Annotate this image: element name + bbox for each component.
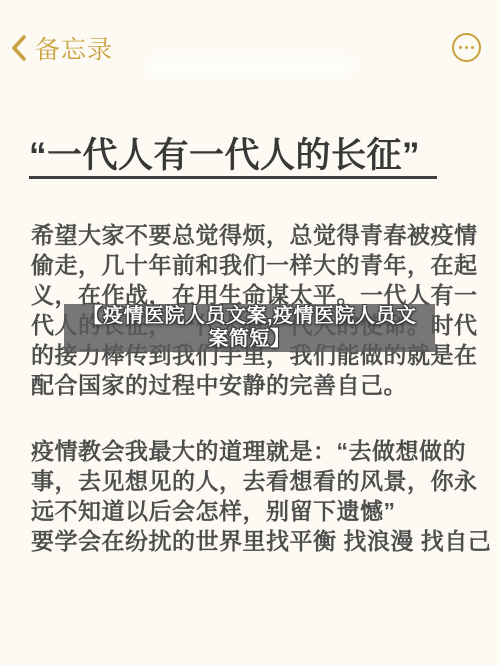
caption-line-2: 案简短】 xyxy=(209,328,291,351)
nav-bar: 备忘录 xyxy=(0,0,500,78)
notes-app-screen: 备忘录 “一代人有一代人的长征” 希望大家不要总觉得烦，总觉得青春被疫情 偷走，… xyxy=(0,0,500,666)
body-line: 要学会在纷扰的世界里找平衡 找浪漫 找自己 xyxy=(31,526,480,556)
back-label: 备忘录 xyxy=(35,30,113,66)
back-button[interactable]: 备忘录 xyxy=(10,30,113,66)
note-paragraph-2: 疫情教会我最大的道理就是：“去做想做的 事，去见想见的人，去看想看的风景，你永 … xyxy=(31,436,480,556)
more-options-button[interactable] xyxy=(452,33,481,62)
body-line: 事，去见想见的人，去看想看的风景，你永 xyxy=(31,466,480,496)
note-title: “一代人有一代人的长征” xyxy=(29,137,437,179)
body-line: 偷走，几十年前和我们一样大的青年，在起 xyxy=(31,250,480,280)
body-line: 希望大家不要总觉得烦，总觉得青春被疫情 xyxy=(31,220,480,250)
caption-watermark-overlay: 【疫情医院人员文案,疫情医院人员文 案简短】 xyxy=(64,304,435,352)
chevron-left-icon xyxy=(10,33,28,63)
body-line: 远不知道以后会怎样，别留下遗憾” xyxy=(31,496,480,526)
caption-line-1: 【疫情医院人员文案,疫情医院人员文 xyxy=(82,305,416,328)
body-line: 配合国家的过程中安静的完善自己。 xyxy=(31,370,480,400)
body-line: 疫情教会我最大的道理就是：“去做想做的 xyxy=(31,436,480,466)
ellipsis-icon xyxy=(459,46,475,50)
